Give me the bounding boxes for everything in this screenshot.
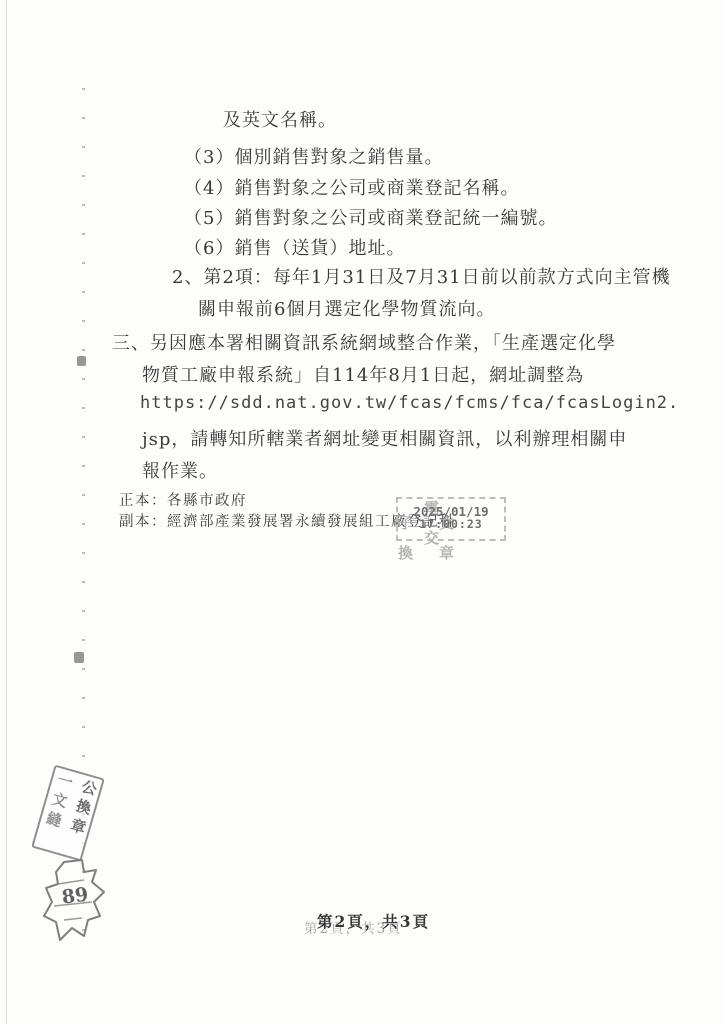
body-line: （3）個別銷售對象之銷售量。	[184, 143, 443, 167]
stamp-datetime: 2025/01/19 17:00:23	[398, 505, 504, 530]
body-line: 及英文名稱。	[223, 106, 337, 130]
electronic-exchange-stamp: 電子文 交換章 2025/01/19 17:00:23	[396, 497, 506, 541]
stamp-bg-row2: 交換章	[398, 531, 504, 561]
body-line: （6）銷售（送貨）地址。	[184, 234, 405, 258]
page-number: 第2頁，共3頁	[317, 910, 430, 932]
crumpled-stamp-mark: 89	[38, 858, 116, 946]
body-line: （5）銷售對象之公司或商業登記統一編號。	[184, 204, 557, 228]
body-line: 關申報前6個月選定化學物質流向。	[198, 295, 495, 319]
ink-smudge	[77, 356, 86, 366]
body-line: 三、另因應本署相關資訊系統網域整合作業，「生產選定化學	[112, 329, 616, 353]
page-footer: 第2頁，共3頁 第2頁，共3頁	[304, 908, 464, 942]
original-recipient-line: 正本：各縣市政府	[119, 489, 247, 510]
body-line: 報作業。	[142, 457, 218, 481]
seam-stamp: 一文縫 公換章	[31, 764, 105, 861]
body-line: （4）銷售對象之公司或商業登記名稱。	[184, 174, 519, 198]
scan-edge-line	[6, 0, 7, 1024]
body-line: jsp，請轉知所轄業者網址變更相關資訊，以利辦理相關申	[142, 425, 627, 449]
blob-number-text: 89	[60, 883, 89, 908]
stamp-time: 17:00:23	[398, 518, 504, 530]
scanned-document-page: 及英文名稱。 （3）個別銷售對象之銷售量。 （4）銷售對象之公司或商業登記名稱。…	[0, 0, 724, 1024]
ink-smudge	[74, 652, 84, 663]
body-line: 2、第2項：每年1月31日及7月31日前以前款方式向主管機	[172, 263, 671, 287]
body-line: 物質工廠申報系統」自114年8月1日起，網址調整為	[142, 361, 584, 385]
system-url-text: https://sdd.nat.gov.tw/fcas/fcms/fca/fca…	[140, 393, 679, 417]
